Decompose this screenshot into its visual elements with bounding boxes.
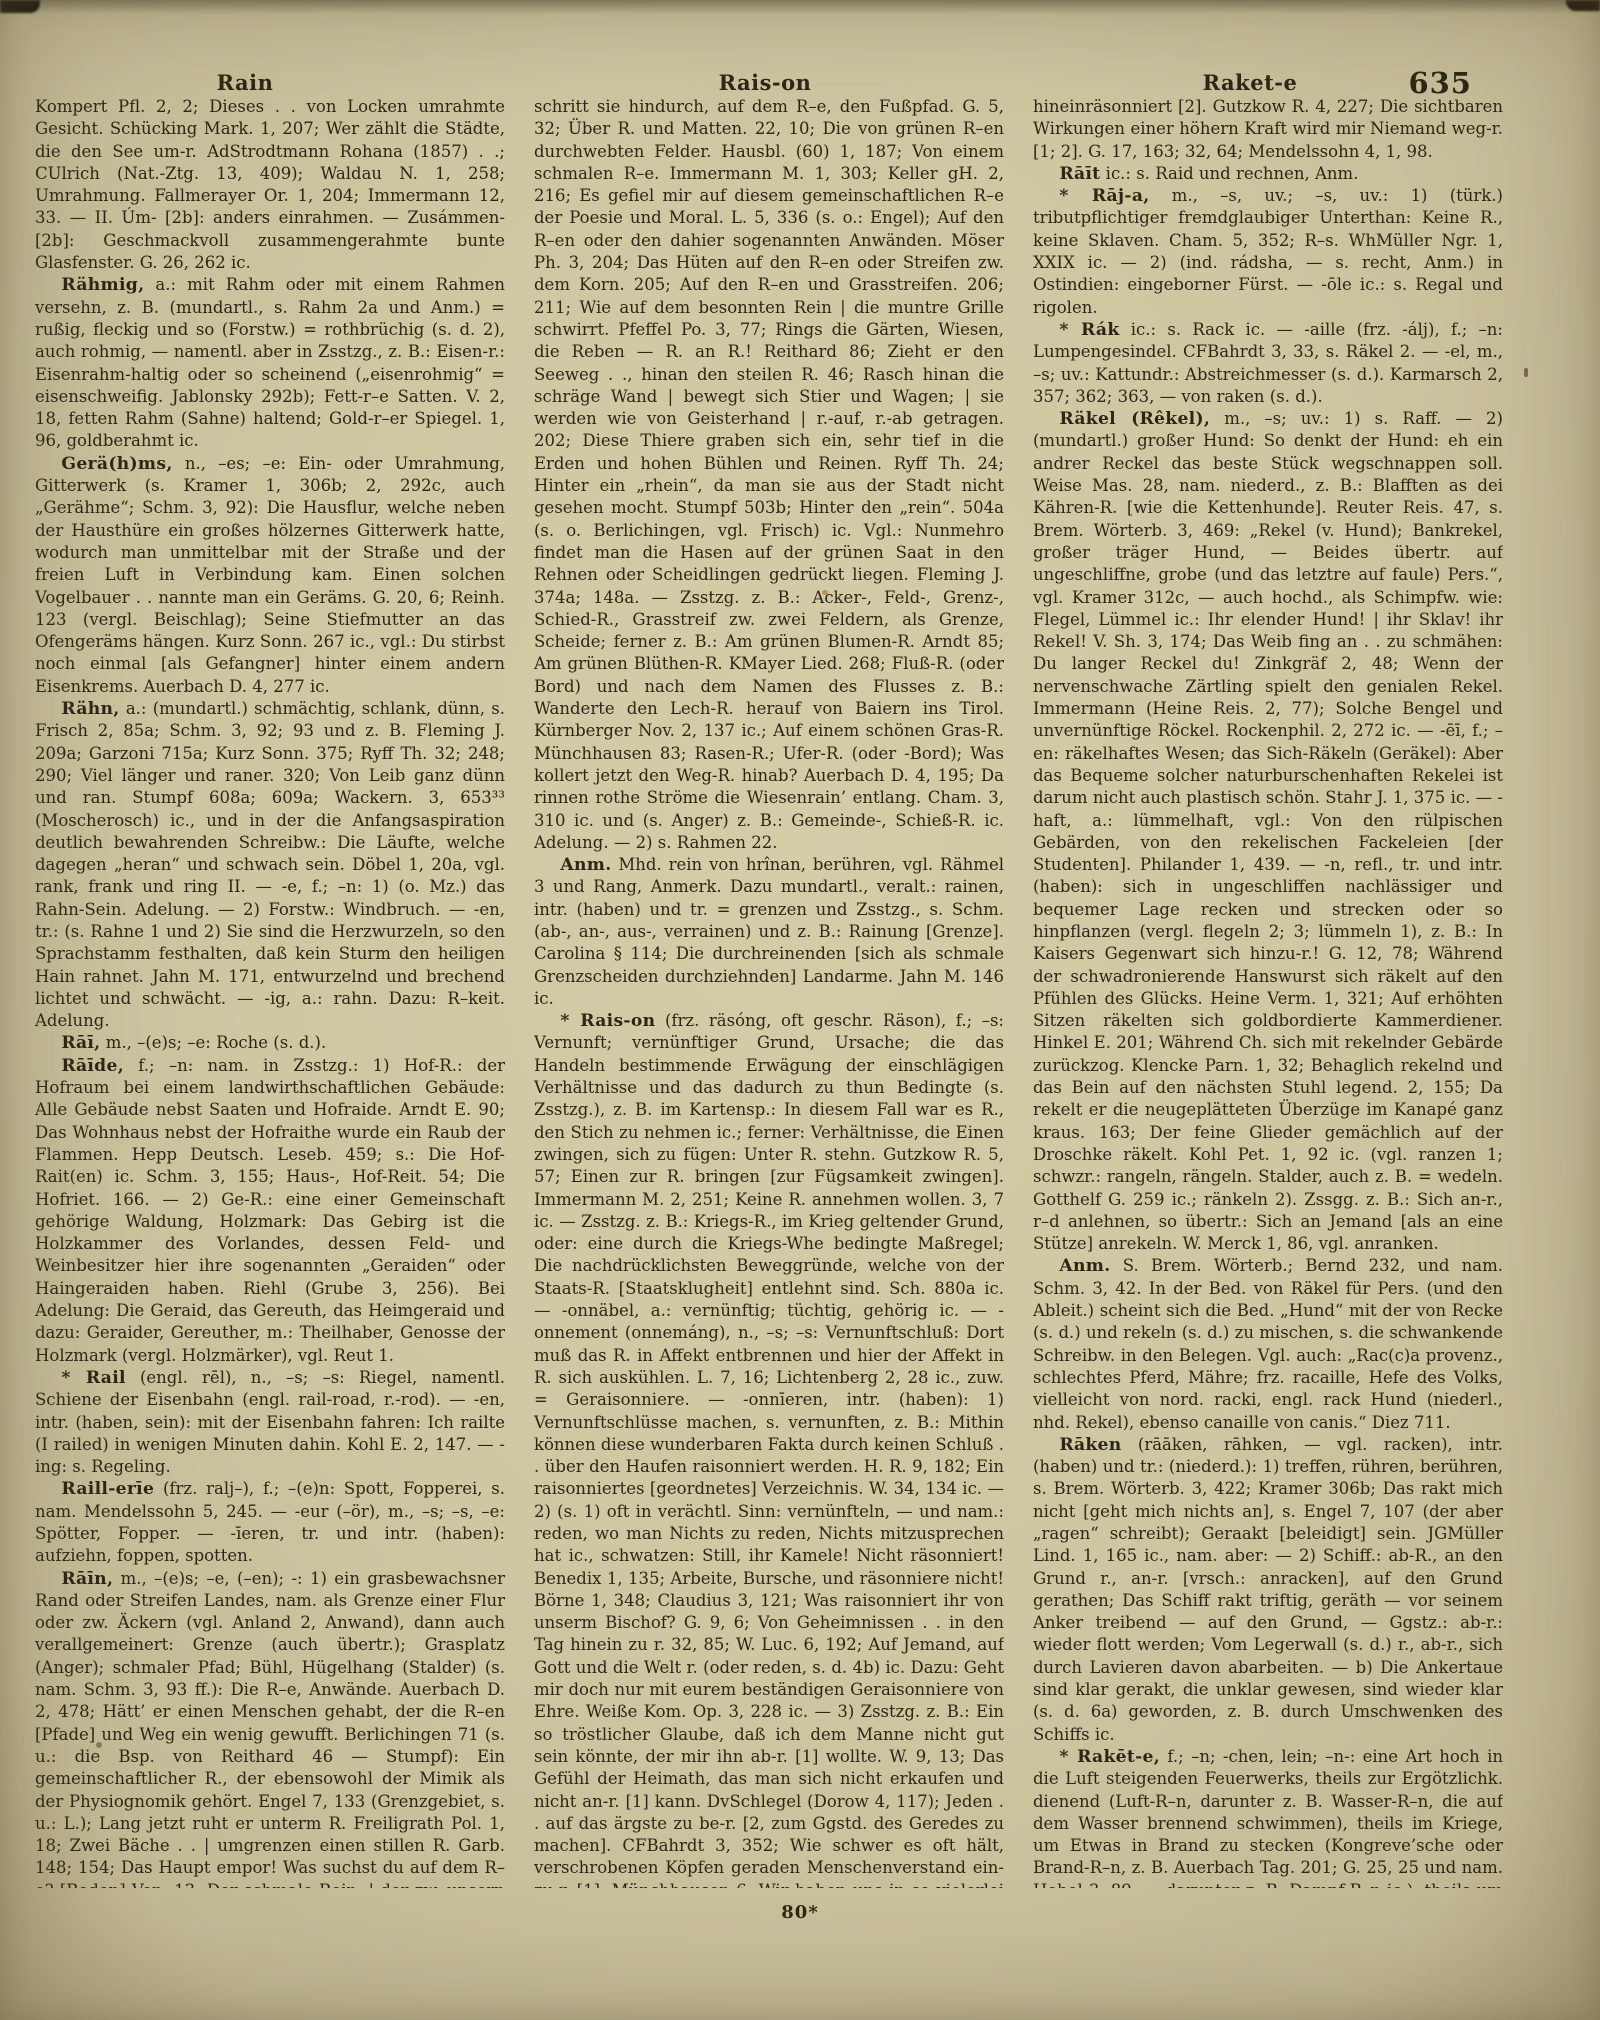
dictionary-paragraph: * Rais-on (frz. räsóng, oft geschr. Räso… [534,1010,1004,1888]
dictionary-paragraph: Raill-erīe (frz. ralj–), f.; –(e)n: Spot… [35,1478,505,1567]
dictionary-paragraph: * Rail (engl. rēl), n., –s; –s: Riegel, … [35,1367,505,1478]
dictionary-paragraph: Anm. S. Brem. Wörterb.; Bernd 232, und n… [1033,1255,1503,1433]
dictionary-paragraph: * Rák ic.: s. Rack ic. — -aille (frz. -á… [1033,319,1503,408]
entry-headword: Rähn, [61,699,119,719]
entry-headword: * Rāj-a, [1059,186,1149,206]
signature-mark: 80* [0,1902,1600,1923]
entry-headword: * Rail [61,1368,125,1388]
dictionary-paragraph: Kompert Pfl. 2, 2; Dieses . . von Locken… [35,96,505,274]
dictionary-paragraph: * Rāj-a, m., –s, uv.; –s, uv.: 1) (türk.… [1033,185,1503,319]
entry-headword: * Rakēt-e, [1059,1747,1160,1767]
entry-headword: Rāīn, [61,1569,113,1589]
dictionary-paragraph: Rāken (rāāken, rāhken, — vgl. racken), i… [1033,1434,1503,1746]
text-column-2: schritt sie hindurch, auf dem R–e, den F… [534,96,1004,1888]
dictionary-paragraph: Anm. Mhd. rein von hrînan, berühren, vgl… [534,854,1004,1010]
text-column-1: Kompert Pfl. 2, 2; Dieses . . von Locken… [35,96,505,1888]
running-head-left: Rain [35,70,455,95]
scan-edge-mark [1566,0,1600,11]
text-columns: Kompert Pfl. 2, 2; Dieses . . von Locken… [35,96,1503,1888]
dictionary-paragraph: Rāīde, f.; –n: nam. in Zsstzg.: 1) Hof-R… [35,1055,505,1367]
entry-headword: * Rák [1059,320,1119,340]
running-head-center: Rais-on [545,70,985,95]
dictionary-paragraph: hineinräsonniert [2]. Gutzkow R. 4, 227;… [1033,96,1503,163]
entry-headword: Rāīt [1059,164,1100,184]
dictionary-paragraph: Gerä(h)ms, n., –es; –e: Ein- oder Umrahm… [35,453,505,698]
entry-headword: Räkel (Rêkel), [1059,409,1210,429]
dictionary-page: Rain Rais-on Raket-e 635 Kompert Pfl. 2,… [0,0,1600,2020]
paper-stain [1524,368,1528,377]
dictionary-paragraph: Rāīt ic.: s. Raid und rechnen, Anm. [1033,163,1503,185]
dictionary-paragraph: Rähmig, a.: mit Rahm oder mit einem Rahm… [35,274,505,452]
page-number: 635 [1408,66,1472,100]
entry-headword: Rāīde, [61,1056,124,1076]
dictionary-paragraph: Rāīn, m., –(e)s; –e, (–en); -: 1) ein gr… [35,1568,505,1888]
entry-headword: Gerä(h)ms, [61,454,172,474]
entry-headword: Rāken [1059,1435,1121,1455]
dictionary-paragraph: Rähn, a.: (mundartl.) schmächtig, schlan… [35,698,505,1032]
dictionary-paragraph: schritt sie hindurch, auf dem R–e, den F… [534,96,1004,854]
entry-headword: Raill-erīe [61,1479,154,1499]
text-column-3: hineinräsonniert [2]. Gutzkow R. 4, 227;… [1033,96,1503,1888]
entry-headword: * Rais-on [560,1011,655,1031]
dictionary-paragraph: * Rakēt-e, f.; –n; -chen, lein; –n-: ein… [1033,1746,1503,1888]
entry-headword: Rähmig, [61,275,144,295]
scan-edge-mark [0,0,40,13]
entry-headword: Anm. [1059,1256,1110,1276]
running-head: Rain Rais-on Raket-e 635 [0,66,1600,100]
dictionary-paragraph: Rāī, m., –(e)s; –e: Roche (s. d.). [35,1032,505,1054]
entry-headword: Anm. [560,855,611,875]
entry-headword: Rāī, [61,1033,100,1053]
running-head-right: Raket-e [1070,70,1430,95]
dictionary-paragraph: Räkel (Rêkel), m., –s; uv.: 1) s. Raff. … [1033,408,1503,1255]
